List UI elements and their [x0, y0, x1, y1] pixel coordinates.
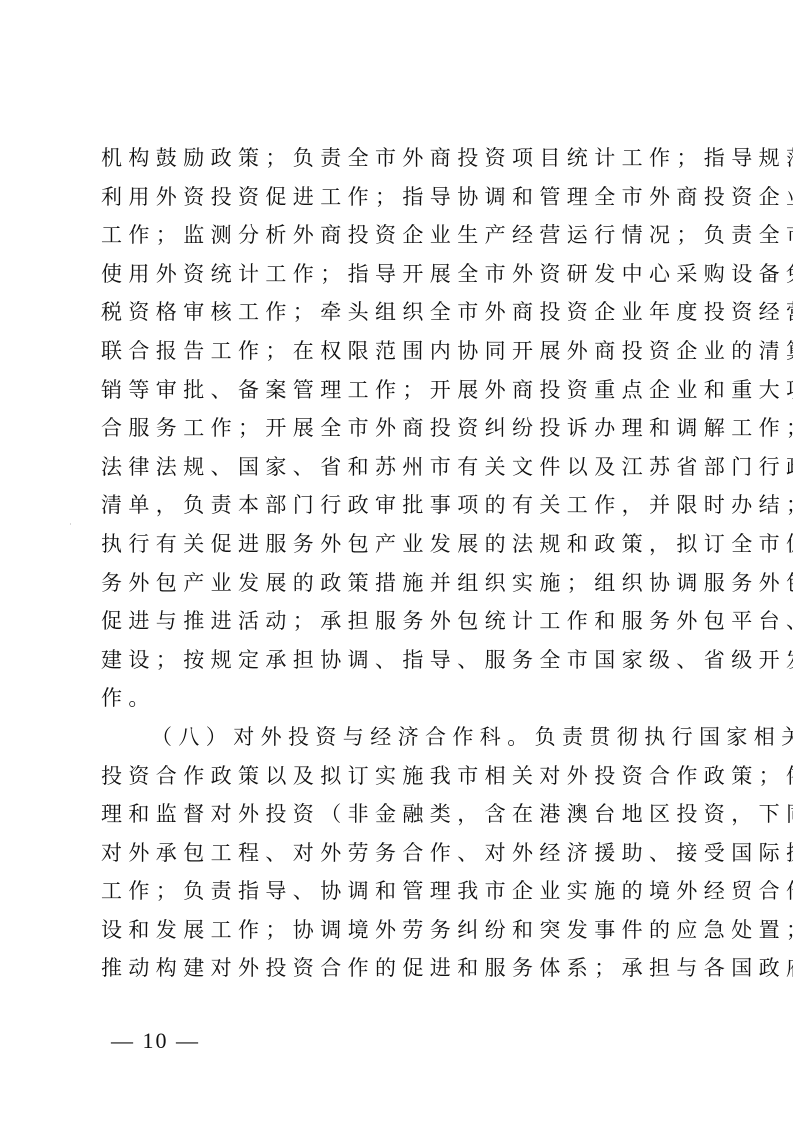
text-line: 务外包产业发展的政策措施并组织实施；组织协调服务外包投资: [101, 568, 691, 607]
text-line: 清单，负责本部门行政审批事项的有关工作，并限时办结；贯彻: [101, 490, 691, 529]
text-line: 投资合作政策以及拟订实施我市相关对外投资合作政策；依法管: [101, 761, 691, 800]
text-line: 销等审批、备案管理工作；开展外商投资重点企业和重大项目联: [101, 375, 691, 414]
text-line: 执行有关促进服务外包产业发展的法规和政策，拟订全市促进服: [101, 529, 691, 568]
text-line: 工作；监测分析外商投资企业生产经营运行情况；负责全市实际: [101, 220, 691, 259]
text-line: 建设；按规定承担协调、指导、服务全市国家级、省级开发区工: [101, 645, 691, 684]
text-line: 工作；负责指导、协调和管理我市企业实施的境外经贸合作区建: [101, 876, 691, 915]
text-line: 作。: [101, 683, 691, 722]
text-line: 理和监督对外投资（非金融类，含在港澳台地区投资，下同）、: [101, 799, 691, 838]
text-line: 联合报告工作；在权限范围内协同开展外商投资企业的清算、撤: [101, 336, 691, 375]
text-line: 推动构建对外投资合作的促进和服务体系；承担与各国政府经济: [101, 953, 691, 992]
text-line: 对外承包工程、对外劳务合作、对外经济援助、接受国际援助等: [101, 838, 691, 877]
text-line: 税资格审核工作；牵头组织全市外商投资企业年度投资经营信息: [101, 297, 691, 336]
section-heading-line: （八）对外投资与经济合作科。负责贯彻执行国家相关对外: [101, 722, 691, 761]
page-number: — 10 —: [111, 1028, 200, 1054]
text-line: 设和发展工作；协调境外劳务纠纷和突发事件的应急处置；负责: [101, 915, 691, 954]
scan-artifact: [70, 523, 71, 525]
paragraph-continued: 机构鼓励政策；负责全市外商投资项目统计工作；指导规范全市 利用外资投资促进工作；…: [101, 143, 691, 722]
document-page: 机构鼓励政策；负责全市外商投资项目统计工作；指导规范全市 利用外资投资促进工作；…: [0, 0, 793, 1122]
text-line: 利用外资投资促进工作；指导协调和管理全市外商投资企业服务: [101, 182, 691, 221]
text-line: 合服务工作；开展全市外商投资纠纷投诉办理和调解工作；根据: [101, 413, 691, 452]
paragraph-section-8: （八）对外投资与经济合作科。负责贯彻执行国家相关对外 投资合作政策以及拟订实施我…: [101, 722, 691, 992]
document-body: 机构鼓励政策；负责全市外商投资项目统计工作；指导规范全市 利用外资投资促进工作；…: [101, 143, 691, 992]
text-line: 法律法规、国家、省和苏州市有关文件以及江苏省部门行政权力: [101, 452, 691, 491]
text-line: 促进与推进活动；承担服务外包统计工作和服务外包平台、载体: [101, 606, 691, 645]
text-line: 机构鼓励政策；负责全市外商投资项目统计工作；指导规范全市: [101, 143, 691, 182]
text-line: 使用外资统计工作；指导开展全市外资研发中心采购设备免、退: [101, 259, 691, 298]
